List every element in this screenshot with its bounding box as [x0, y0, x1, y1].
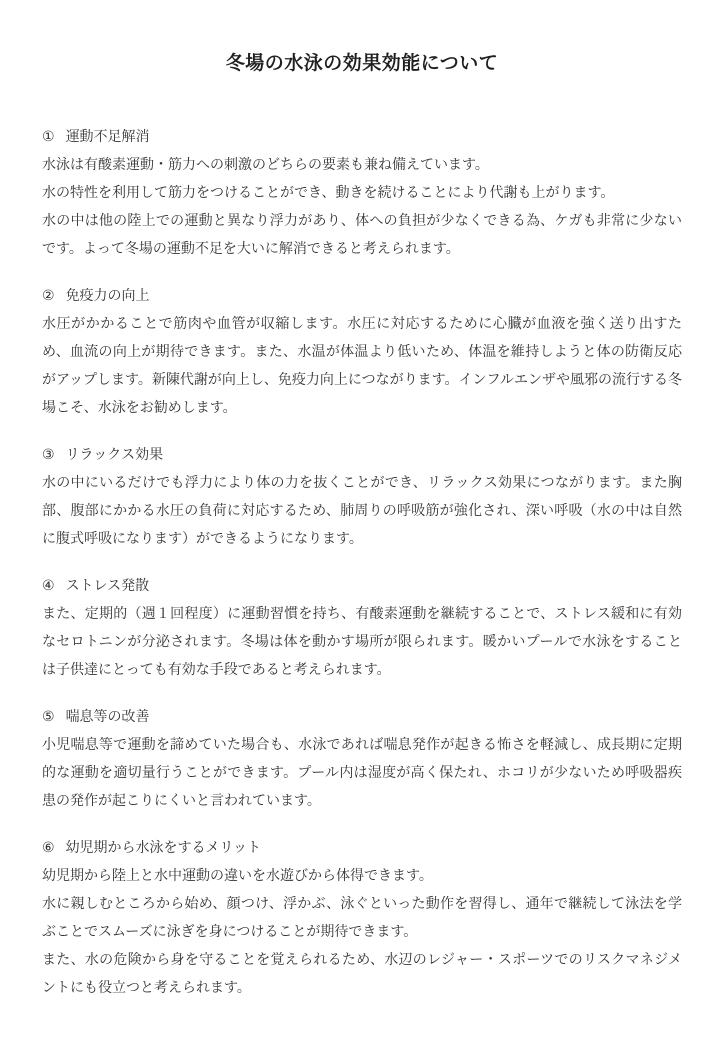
- section-number: ⑥: [42, 833, 55, 861]
- section-heading: ⑥幼児期から水泳をするメリット: [42, 833, 682, 861]
- section-heading: ④ストレス発散: [42, 571, 682, 599]
- paragraph: 水の中にいるだけでも浮力により体の力を抜くことができ、リラックス効果につながりま…: [42, 468, 682, 552]
- section-number: ⑤: [42, 702, 55, 730]
- section-heading: ①運動不足解消: [42, 122, 682, 150]
- section-heading-text: 幼児期から水泳をするメリット: [66, 839, 261, 855]
- section-heading-text: 喘息等の改善: [66, 708, 150, 724]
- section-heading-text: 運動不足解消: [66, 128, 150, 144]
- section-heading-text: リラックス効果: [66, 446, 164, 462]
- paragraph: また、定期的（週１回程度）に運動習慣を持ち、有酸素運動を継続することで、ストレス…: [42, 599, 682, 683]
- paragraph: 小児喘息等で運動を諦めていた場合も、水泳であれば喘息発作が起きる怖さを軽減し、成…: [42, 730, 682, 814]
- document-section: ⑥幼児期から水泳をするメリット 幼児期から陸上と水中運動の違いを水遊びから体得で…: [42, 833, 682, 1001]
- section-heading-text: 免疫力の向上: [66, 287, 150, 303]
- section-heading: ②免疫力の向上: [42, 281, 682, 309]
- document-section: ①運動不足解消 水泳は有酸素運動・筋力への刺激のどちらの要素も兼ね備えています。…: [42, 122, 682, 262]
- paragraph: 水の中は他の陸上での運動と異なり浮力があり、体への負担が少なくできる為、ケガも非…: [42, 206, 682, 262]
- document-section: ④ストレス発散 また、定期的（週１回程度）に運動習慣を持ち、有酸素運動を継続する…: [42, 571, 682, 683]
- section-number: ③: [42, 440, 55, 468]
- paragraph: 水に親しむところから始め、顔つけ、浮かぶ、泳ぐといった動作を習得し、通年で継続し…: [42, 889, 682, 945]
- section-number: ②: [42, 281, 55, 309]
- paragraph: 幼児期から陸上と水中運動の違いを水遊びから体得できます。: [42, 861, 682, 889]
- document-section: ②免疫力の向上 水圧がかかることで筋肉や血管が収縮します。水圧に対応するために心…: [42, 281, 682, 421]
- paragraph: また、水の危険から身を守ることを覚えられるため、水辺のレジャー・スポーツでのリス…: [42, 945, 682, 1001]
- sections-container: ①運動不足解消 水泳は有酸素運動・筋力への刺激のどちらの要素も兼ね備えています。…: [42, 122, 682, 1001]
- document-title: 冬場の水泳の効果効能について: [42, 50, 682, 78]
- document-section: ⑤喘息等の改善 小児喘息等で運動を諦めていた場合も、水泳であれば喘息発作が起きる…: [42, 702, 682, 814]
- document-page: 冬場の水泳の効果効能について ①運動不足解消 水泳は有酸素運動・筋力への刺激のど…: [0, 0, 724, 1041]
- paragraph: 水の特性を利用して筋力をつけることができ、動きを続けることにより代謝も上がります…: [42, 178, 682, 206]
- section-heading: ⑤喘息等の改善: [42, 702, 682, 730]
- section-number: ④: [42, 571, 55, 599]
- paragraph: 水圧がかかることで筋肉や血管が収縮します。水圧に対応するために心臓が血液を強く送…: [42, 309, 682, 421]
- document-section: ③リラックス効果 水の中にいるだけでも浮力により体の力を抜くことができ、リラック…: [42, 440, 682, 552]
- paragraph: 水泳は有酸素運動・筋力への刺激のどちらの要素も兼ね備えています。: [42, 150, 682, 178]
- section-number: ①: [42, 122, 55, 150]
- section-heading-text: ストレス発散: [66, 577, 150, 593]
- section-heading: ③リラックス効果: [42, 440, 682, 468]
